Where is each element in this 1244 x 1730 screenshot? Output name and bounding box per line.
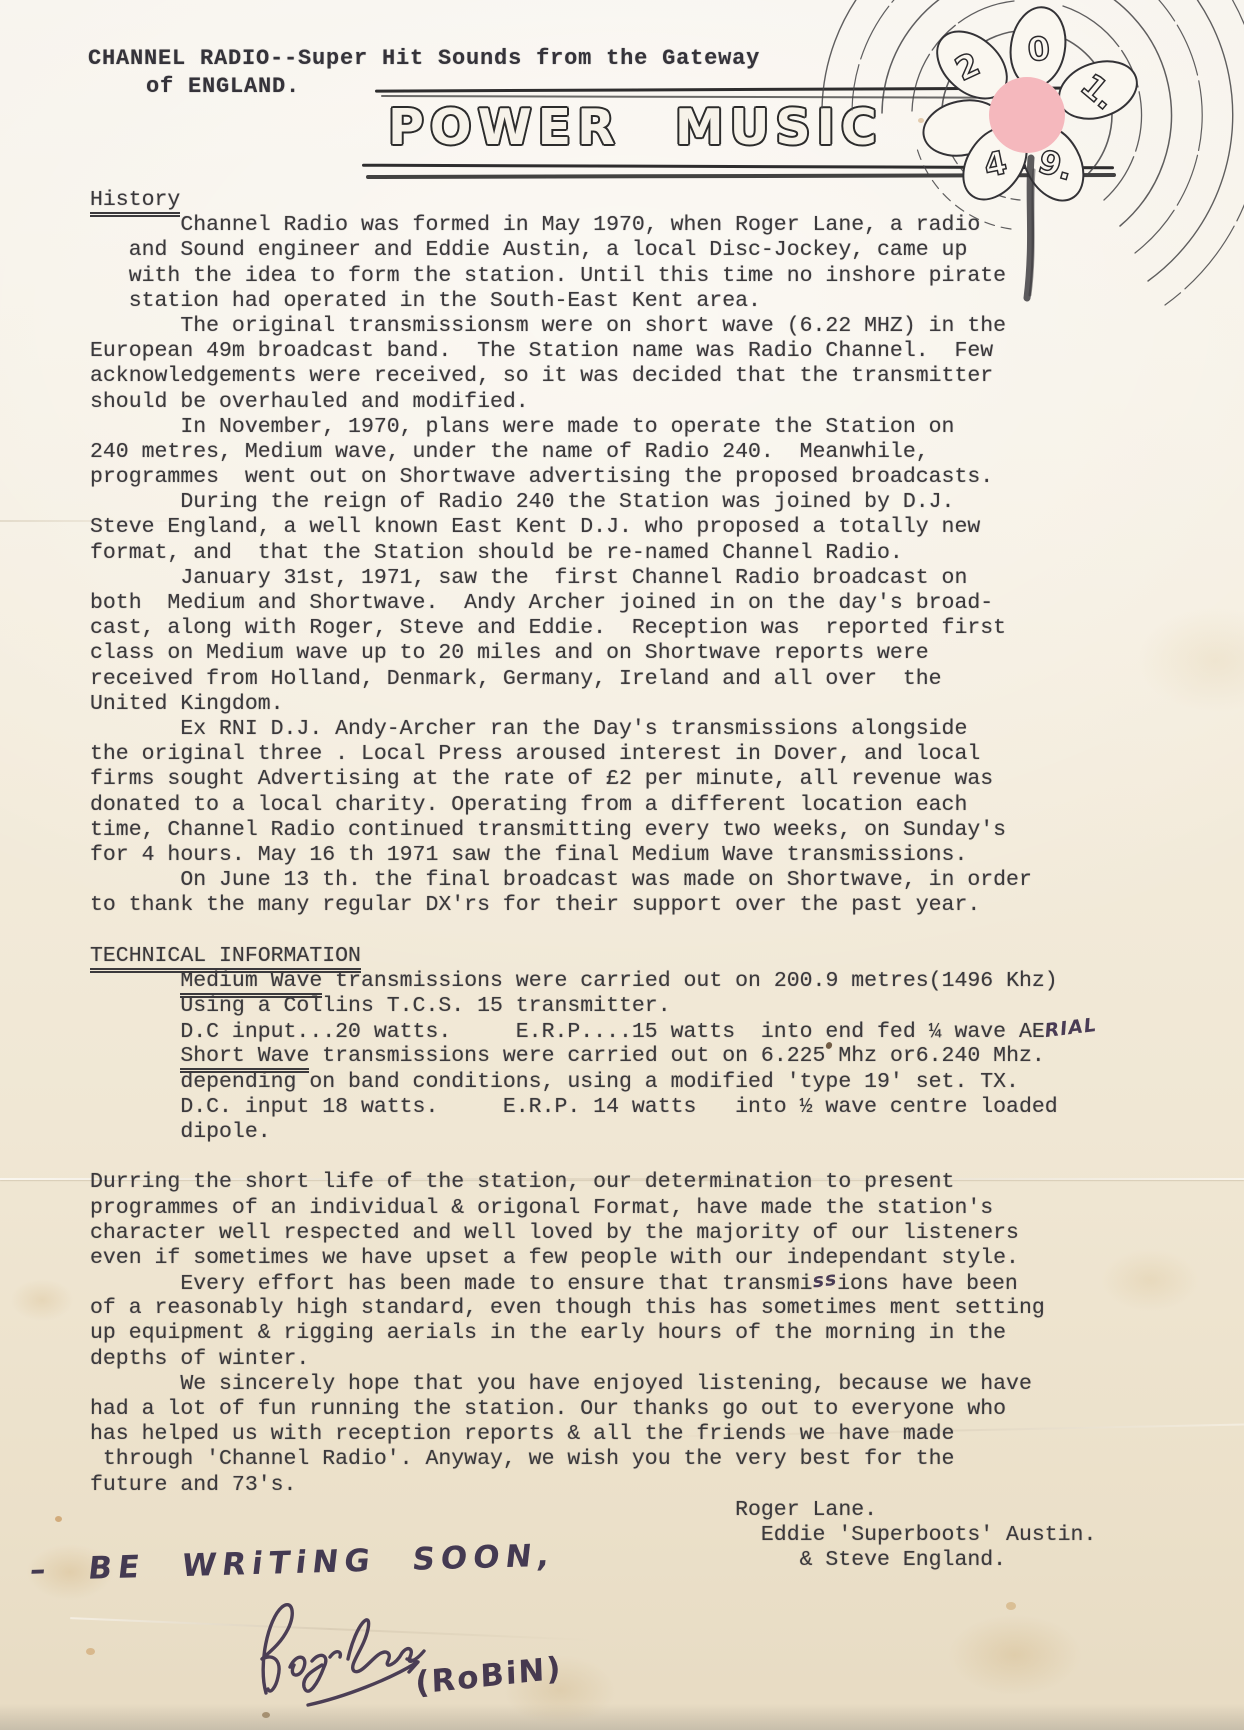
power-music-logo: POWER MUSIC bbox=[388, 99, 883, 156]
document-line: On June 13 th. the final broadcast was m… bbox=[90, 868, 1190, 893]
paper-stain bbox=[86, 1648, 95, 1655]
document-line: cast, along with Roger, Steve and Eddie.… bbox=[90, 616, 1190, 641]
document-line: station had operated in the South-East K… bbox=[90, 289, 1190, 314]
document-line: even if sometimes we have upset a few pe… bbox=[90, 1246, 1190, 1271]
document-line: January 31st, 1971, saw the first Channe… bbox=[90, 566, 1190, 591]
document-line: Ex RNI D.J. Andy-Archer ran the Day's tr… bbox=[90, 717, 1190, 742]
document-line bbox=[90, 918, 1190, 943]
logo-word-music: MUSIC bbox=[675, 99, 883, 156]
document-line bbox=[90, 1145, 1190, 1170]
document-line: programmes went out on Shortwave adverti… bbox=[90, 465, 1190, 490]
document-line: depths of winter. bbox=[90, 1347, 1190, 1372]
petal-digit: 2 bbox=[949, 45, 985, 89]
document-line: up equipment & rigging aerials in the ea… bbox=[90, 1321, 1190, 1346]
page-title: CHANNEL RADIO--Super Hit Sounds from the… bbox=[88, 46, 760, 71]
document-line: acknowledgements were received, so it wa… bbox=[90, 364, 1190, 389]
document-body: History Channel Radio was formed in May … bbox=[90, 188, 1190, 1573]
flower-petal-digits: 2 0 1. 4 9. bbox=[949, 29, 1124, 188]
document-line: Durring the short life of the station, o… bbox=[90, 1170, 1190, 1195]
document-line: firms sought Advertising at the rate of … bbox=[90, 767, 1190, 792]
document-line: class on Medium wave up to 20 miles and … bbox=[90, 641, 1190, 666]
document-line: to thank the many regular DX'rs for thei… bbox=[90, 893, 1190, 918]
document-line: character well respected and well loved … bbox=[90, 1221, 1190, 1246]
handwritten-signature bbox=[250, 1593, 435, 1725]
document-line: Eddie 'Superboots' Austin. bbox=[90, 1523, 1190, 1548]
document-line: depending on band conditions, using a mo… bbox=[90, 1070, 1190, 1095]
paper-stain bbox=[1006, 1602, 1016, 1610]
document-line: and Sound engineer and Eddie Austin, a l… bbox=[90, 238, 1190, 263]
document-line: through 'Channel Radio'. Anyway, we wish… bbox=[90, 1447, 1190, 1472]
document-line: time, Channel Radio continued transmitti… bbox=[90, 818, 1190, 843]
document-line: received from Holland, Denmark, Germany,… bbox=[90, 667, 1190, 692]
paper-stain bbox=[918, 118, 924, 123]
document-line: Steve England, a well known East Kent D.… bbox=[90, 515, 1190, 540]
document-line: Short Wave transmissions were carried ou… bbox=[90, 1044, 1190, 1069]
document-line: The original transmissionsm were on shor… bbox=[90, 314, 1190, 339]
document-line: should be overhauled and modified. bbox=[90, 390, 1190, 415]
logo-frame-line bbox=[366, 173, 1116, 179]
page-title-line2: of ENGLAND. bbox=[146, 74, 300, 99]
document-line: format, and that the Station should be r… bbox=[90, 541, 1190, 566]
document-line: Medium Wave transmissions were carried o… bbox=[90, 969, 1190, 994]
document-line: During the reign of Radio 240 the Statio… bbox=[90, 490, 1190, 515]
logo-word-power: POWER bbox=[388, 99, 621, 156]
handwritten-alias: (RoBiN) bbox=[415, 1650, 563, 1702]
document-line: donated to a local charity. Operating fr… bbox=[90, 793, 1190, 818]
document-line: In November, 1970, plans were made to op… bbox=[90, 415, 1190, 440]
logo-frame-line bbox=[375, 86, 1112, 92]
document-line: Using a Collins T.C.S. 15 transmitter. bbox=[90, 994, 1190, 1019]
document-line: Channel Radio was formed in May 1970, wh… bbox=[90, 213, 1190, 238]
document-line: dipole. bbox=[90, 1120, 1190, 1145]
document-line: TECHNICAL INFORMATION bbox=[90, 944, 1190, 969]
document-line: D.C input...20 watts. E.R.P....15 watts … bbox=[90, 1019, 1190, 1044]
document-line: future and 73's. bbox=[90, 1473, 1190, 1498]
flower-petals bbox=[918, 3, 1144, 211]
document-line: Every effort has been made to ensure tha… bbox=[90, 1271, 1190, 1296]
logo-frame-line bbox=[362, 164, 1114, 170]
petal-digit: 4 bbox=[981, 143, 1011, 185]
document-line: United Kingdom. bbox=[90, 692, 1190, 717]
document-line: of a reasonably high standard, even thou… bbox=[90, 1296, 1190, 1321]
petal-digit: 0 bbox=[1026, 29, 1051, 69]
document-line: 240 metres, Medium wave, under the name … bbox=[90, 440, 1190, 465]
document-line: D.C. input 18 watts. E.R.P. 14 watts int… bbox=[90, 1095, 1190, 1120]
document-line: had a lot of fun running the station. Ou… bbox=[90, 1397, 1190, 1422]
document-line: both Medium and Shortwave. Andy Archer j… bbox=[90, 591, 1190, 616]
document-line: for 4 hours. May 16 th 1971 saw the fina… bbox=[90, 843, 1190, 868]
document-line: with the idea to form the station. Until… bbox=[90, 264, 1190, 289]
petal-digit: 1. bbox=[1074, 66, 1125, 117]
document-line: History bbox=[90, 188, 1190, 213]
document-line: programmes of an individual & origonal F… bbox=[90, 1196, 1190, 1221]
paper-stain bbox=[55, 1516, 62, 1522]
document-line: We sincerely hope that you have enjoyed … bbox=[90, 1372, 1190, 1397]
document-line: the original three . Local Press aroused… bbox=[90, 742, 1190, 767]
document-line: Roger Lane. bbox=[90, 1498, 1190, 1523]
document-line: has helped us with reception reports & a… bbox=[90, 1422, 1190, 1447]
page-bottom-shadow bbox=[0, 1704, 1244, 1730]
document-line: European 49m broadcast band. The Station… bbox=[90, 339, 1190, 364]
